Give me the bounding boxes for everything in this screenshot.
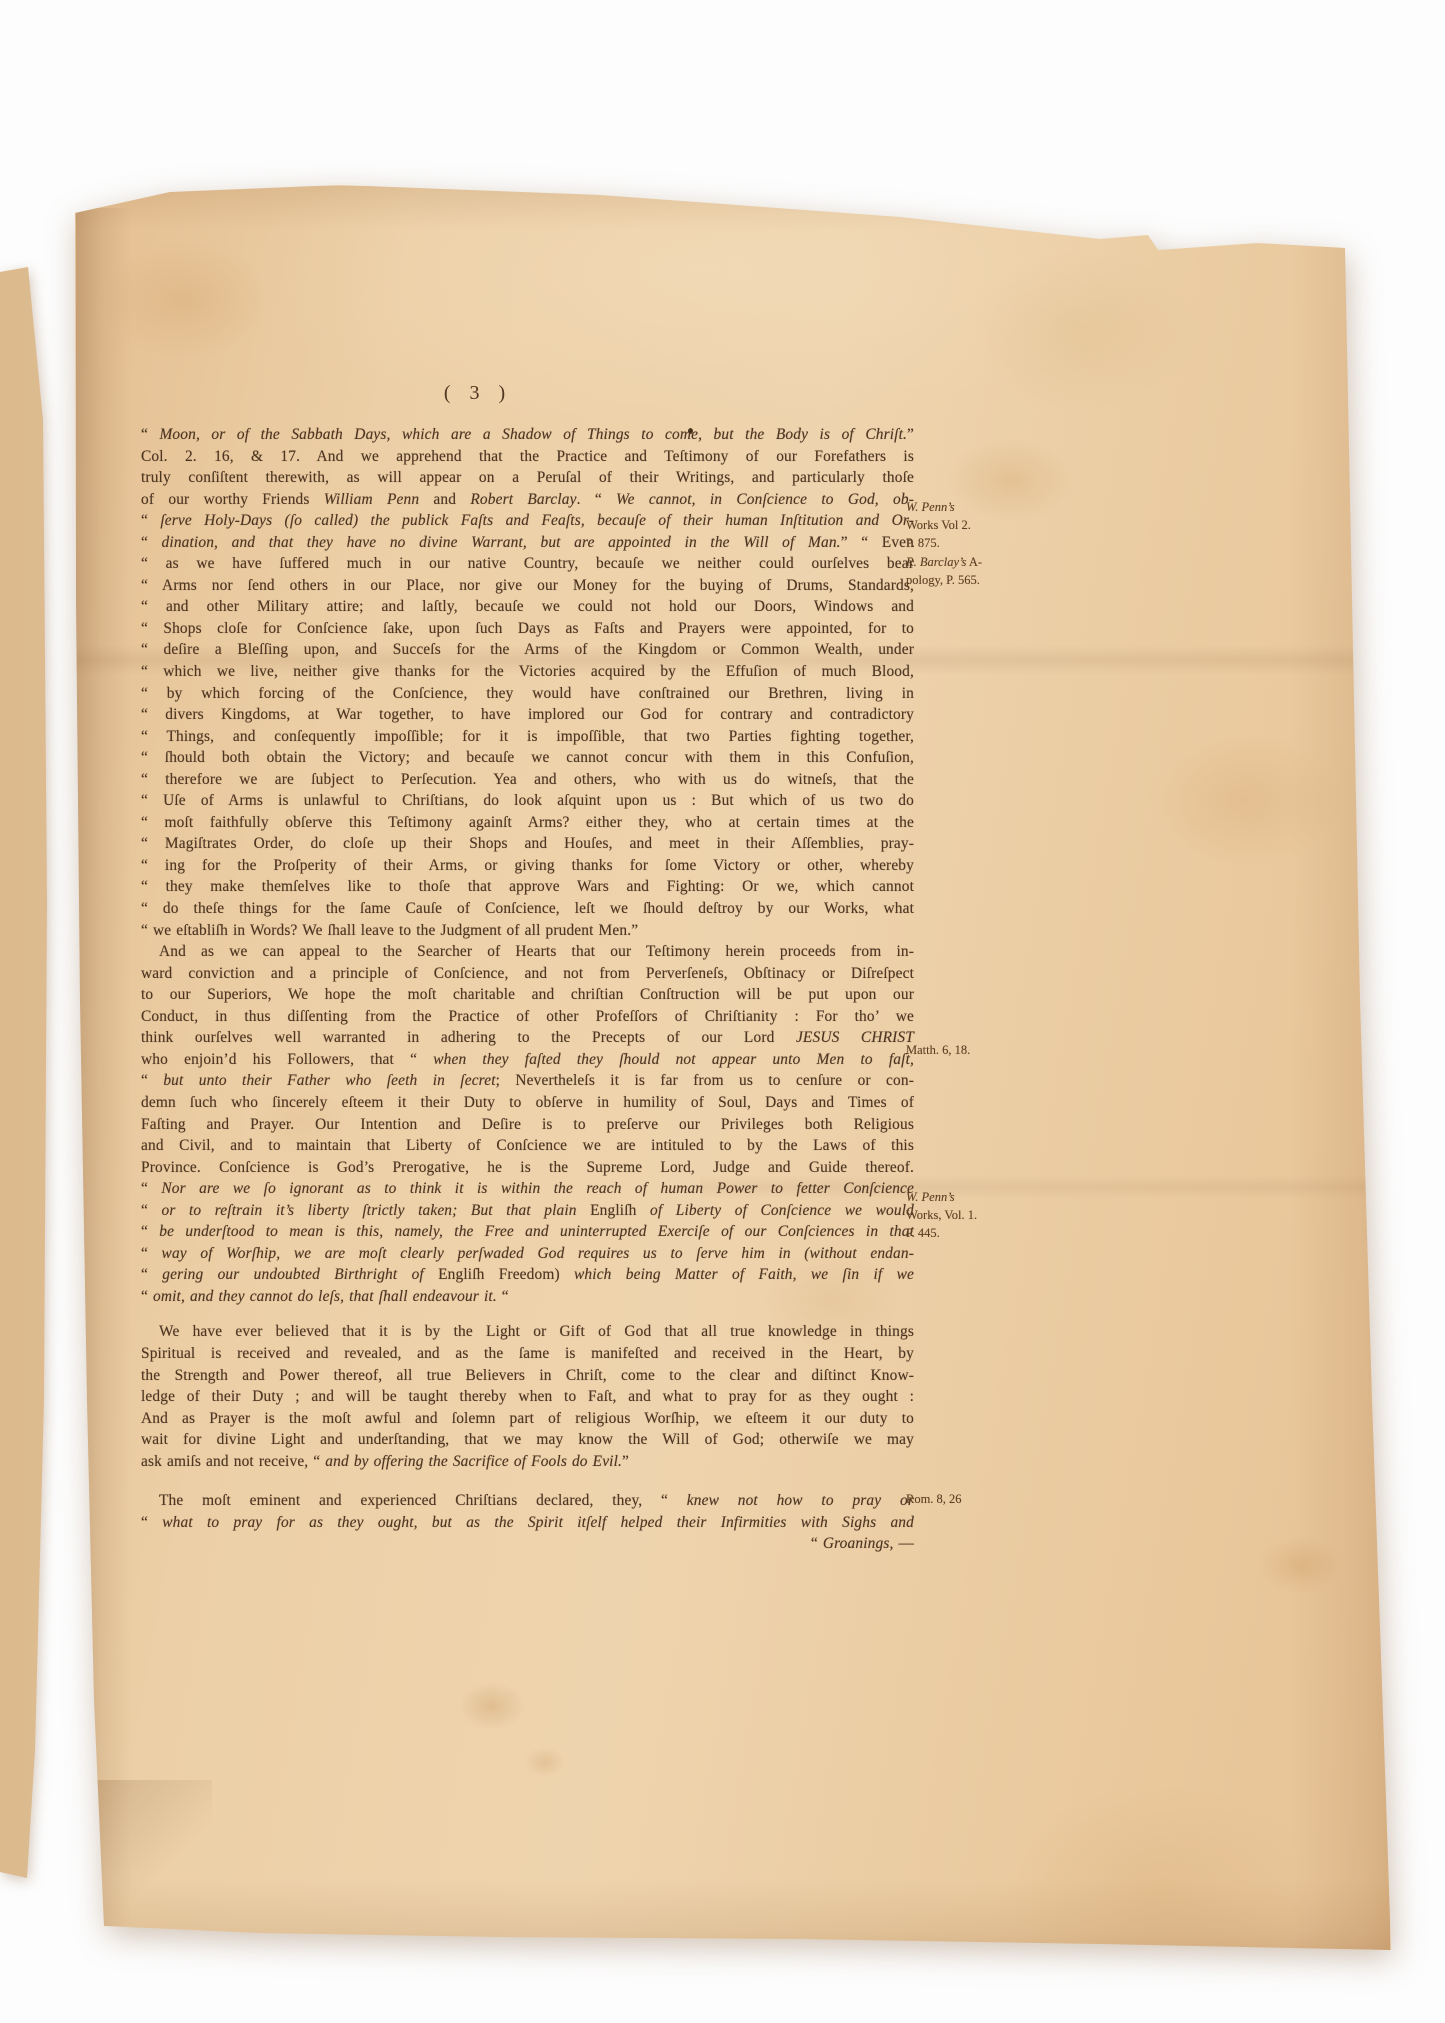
margin-note: Rom. 8, 26 (906, 1490, 1044, 1508)
margin-note: R. Barclay’s A-pology, P. 565. (906, 553, 1044, 589)
margin-note: W. Penn’sWorks, Vol. 1.P. 445. (906, 1188, 1044, 1242)
margin-note: Matth. 6, 18. (906, 1041, 1044, 1059)
paper-sheet: ( 3 ) “ Moon, or of the Sabbath Days, wh… (0, 0, 1445, 2023)
photograph: to thele-es onon-urd,rst,n-s;thehena-inR… (0, 0, 1445, 2023)
document-page: ( 3 ) “ Moon, or of the Sabbath Days, wh… (0, 0, 1445, 2023)
margin-notes: W. Penn’sWorks Vol 2.P. 875.R. Barclay’s… (0, 0, 1445, 2023)
margin-note: W. Penn’sWorks Vol 2.P. 875. (906, 498, 1044, 552)
